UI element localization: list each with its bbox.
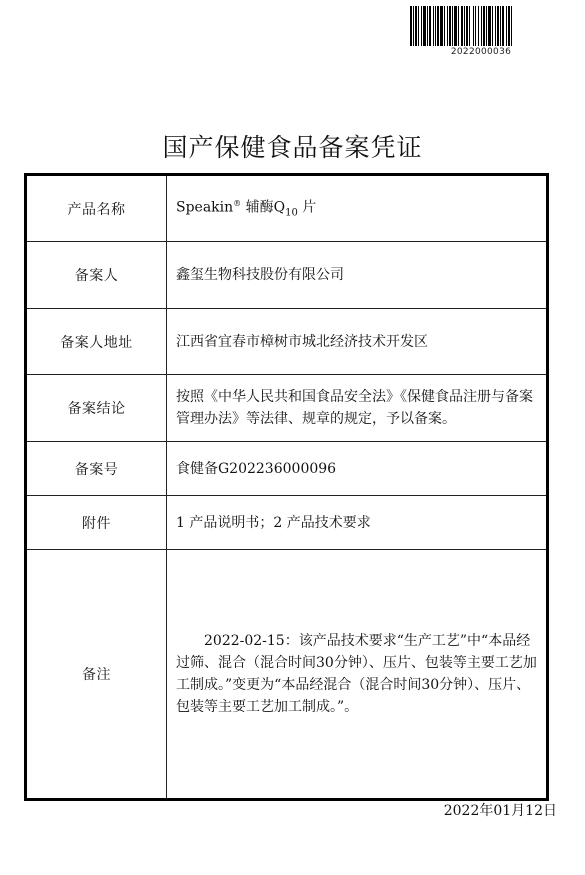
- table-row-remarks: 备注 2022-02-15：该产品技术要求“生产工艺”中“本品经过筛、混合（混合…: [26, 550, 548, 800]
- table-row-address: 备案人地址 江西省宜春市樟树市城北经济技术开发区: [26, 309, 548, 375]
- address-value: 江西省宜春市樟树市城北经济技术开发区: [167, 309, 548, 375]
- row-label: 产品名称: [26, 175, 167, 242]
- table-row-registration-number: 备案号 食健备G202236000096: [26, 442, 548, 496]
- barcode-number: 2022000036: [410, 47, 552, 57]
- document-title: 国产保健食品备案凭证: [0, 128, 585, 164]
- conclusion-value: 按照《中华人民共和国食品安全法》《保健食品注册与备案管理办法》等法律、规章的规定…: [167, 375, 548, 442]
- table-row-product-name: 产品名称 Speakin® 辅酶Q10 片: [26, 175, 548, 242]
- row-label: 备案人地址: [26, 309, 167, 375]
- registration-number-value: 食健备G202236000096: [167, 442, 548, 496]
- remarks-value: 2022-02-15：该产品技术要求“生产工艺”中“本品经过筛、混合（混合时间3…: [167, 550, 548, 800]
- row-label: 备案人: [26, 242, 167, 309]
- table-row-attachments: 附件 1 产品说明书；2 产品技术要求: [26, 496, 548, 550]
- certificate-table: 产品名称 Speakin® 辅酶Q10 片 备案人 鑫玺生物科技股份有限公司 备…: [24, 173, 549, 801]
- attachments-value: 1 产品说明书；2 产品技术要求: [167, 496, 548, 550]
- row-label: 备案结论: [26, 375, 167, 442]
- issue-date: 2022年01月12日: [444, 800, 557, 820]
- table-row-conclusion: 备案结论 按照《中华人民共和国食品安全法》《保健食品注册与备案管理办法》等法律、…: [26, 375, 548, 442]
- barcode: 2022000036: [410, 6, 552, 52]
- registrant-value: 鑫玺生物科技股份有限公司: [167, 242, 548, 309]
- row-label: 附件: [26, 496, 167, 550]
- row-label: 备案号: [26, 442, 167, 496]
- table-row-registrant: 备案人 鑫玺生物科技股份有限公司: [26, 242, 548, 309]
- row-label: 备注: [26, 550, 167, 800]
- product-name-value: Speakin® 辅酶Q10 片: [167, 175, 548, 242]
- barcode-bars: [410, 6, 552, 46]
